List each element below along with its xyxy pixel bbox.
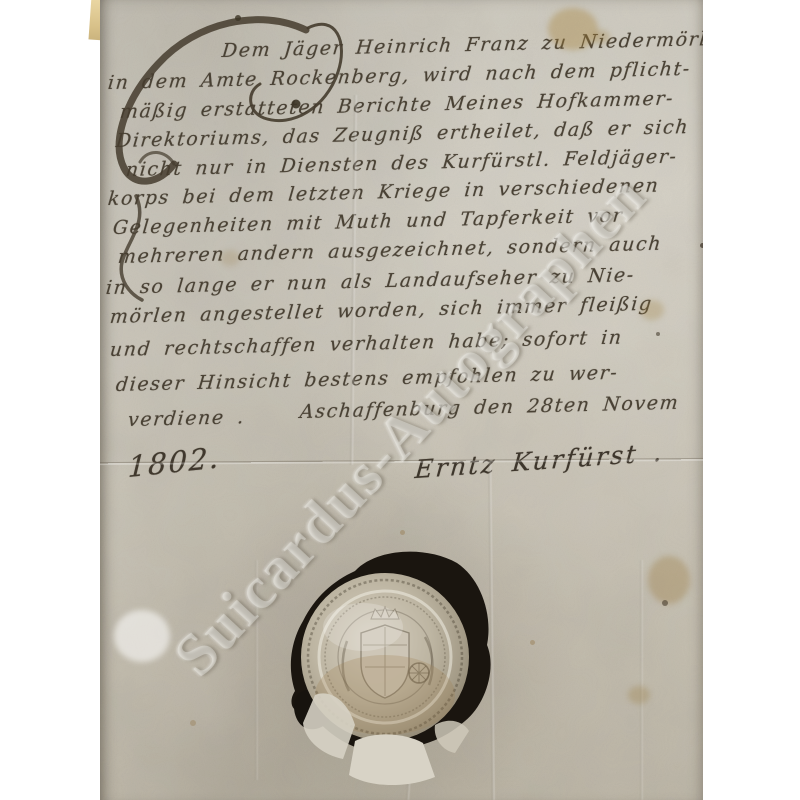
handwriting-place-date: Aschaffenburg den 28ten Novem <box>299 392 680 423</box>
handwriting-line: und rechtschaffen verhalten habe; sofort… <box>109 326 624 361</box>
stain <box>548 8 598 50</box>
vertical-crease <box>255 560 258 780</box>
document-content: Dem Jäger Heinrich Franz zu Niedermörlen… <box>100 0 703 800</box>
ink-speck <box>656 332 660 336</box>
ink-speck <box>700 243 703 248</box>
smudge <box>114 610 170 662</box>
foxing-dot <box>530 640 535 645</box>
foxing-dot <box>190 720 196 726</box>
wax-seal-icon <box>285 545 495 785</box>
stain <box>628 686 650 704</box>
handwriting-closing-word: verdiene . <box>127 406 246 431</box>
stain <box>648 556 690 604</box>
foxing-dot <box>400 530 405 535</box>
ornamental-initial-flourish-icon <box>100 0 360 320</box>
stain <box>592 30 610 44</box>
photo-background: Dem Jäger Heinrich Franz zu Niedermörlen… <box>0 0 800 800</box>
handwriting-line: dieser Hinsicht bestens empfohlen zu wer… <box>115 362 620 396</box>
vertical-crease <box>640 560 643 800</box>
ink-speck <box>662 600 668 606</box>
stain <box>640 300 664 320</box>
wax-seal <box>285 545 495 785</box>
